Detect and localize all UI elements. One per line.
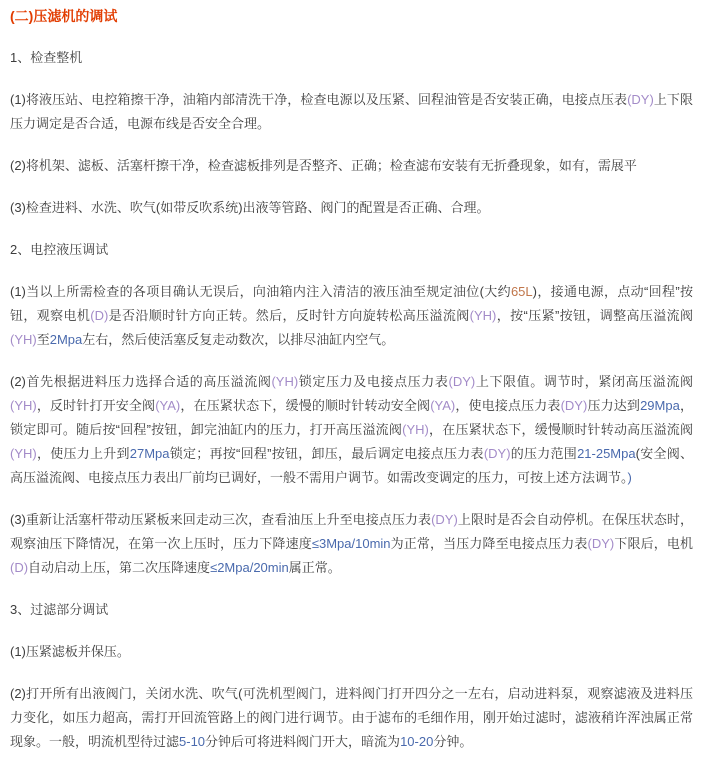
text-run: ，在压紧状态下，缓慢的顺时针转动安全阀 [180, 398, 430, 413]
document-page: (二)压滤机的调试1、检查整机(1)将液压站、电控箱擦干净，油箱内部清洗干净，检… [0, 0, 703, 778]
text-run: 下限后，电机 [614, 536, 693, 551]
highlight-value: 29Mpa [640, 398, 680, 413]
para-3-2: (2)打开所有出液阀门，关闭水洗、吹气(可洗机型阀门，进料阀门打开四分之一左右，… [10, 682, 693, 754]
text-run: (3)重新让活塞杆带动压紧板来回走动三次，查看油压上升至电接点压力表 [10, 512, 431, 527]
highlight-value: 5-10 [179, 734, 205, 749]
highlight-value: ) [628, 470, 632, 485]
highlight-code: (YH) [10, 398, 37, 413]
highlight-code: (YH) [10, 332, 37, 347]
highlight-code: (DY) [588, 536, 615, 551]
text-run: 锁定压力及电接点压力表 [298, 374, 448, 389]
section-3-heading: 3、过滤部分调试 [10, 598, 693, 622]
highlight-code: (YA) [430, 398, 455, 413]
highlight-value: ≤2Mpa/20min [210, 560, 289, 575]
highlight-code: (DY) [431, 512, 458, 527]
highlight-code: (DY) [561, 398, 588, 413]
highlight-value: ≤3Mpa/10min [312, 536, 391, 551]
highlight-code: (YH) [402, 422, 429, 437]
text-run: ，使电接点压力表 [455, 398, 560, 413]
highlight-code: (D) [10, 560, 28, 575]
text-run: 是否沿顺时针方向正转。然后，反时针方向旋转松高压溢流阀 [108, 308, 469, 323]
text-run: 属正常。 [289, 560, 341, 575]
para-2-2: (2)首先根据进料压力选择合适的高压溢流阀(YH)锁定压力及电接点压力表(DY)… [10, 370, 693, 490]
highlight-value: 21-25Mpa [577, 446, 636, 461]
text-run: 2、电控液压调试 [10, 242, 108, 257]
text-run: 分钟后可将进料阀门开大，暗流为 [205, 734, 400, 749]
text-run: 压力达到 [587, 398, 640, 413]
highlight-code: (YA) [155, 398, 180, 413]
highlight-value: 10-20 [400, 734, 433, 749]
text-run: 为正常，当压力降至电接点压力表 [391, 536, 588, 551]
text-run: ，使压力上升到 [37, 446, 130, 461]
highlight-heading: (二)压滤机的调试 [10, 8, 117, 24]
text-run: (1)将液压站、电控箱擦干净，油箱内部清洗干净，检查电源以及压紧、回程油管是否安… [10, 92, 627, 107]
text-run: 的压力范围 [511, 446, 578, 461]
highlight-volume: 65L [511, 284, 533, 299]
text-run: (1)当以上所需检查的各项目确认无误后，向油箱内注入清洁的液压油至规定油位(大约 [10, 284, 511, 299]
para-2-3: (3)重新让活塞杆带动压紧板来回走动三次，查看油压上升至电接点压力表(DY)上限… [10, 508, 693, 580]
highlight-code: (DY) [484, 446, 511, 461]
text-run: 锁定；再按“回程”按钮，卸压，最后调定电接点压力表 [170, 446, 484, 461]
section-1-heading: 1、检查整机 [10, 46, 693, 70]
page-title: (二)压滤机的调试 [10, 4, 693, 28]
highlight-code: (DY) [449, 374, 476, 389]
highlight-code: (YH) [271, 374, 298, 389]
para-1-3: (3)检查进料、水洗、吹气(如带反吹系统)出液等管路、阀门的配置是否正确、合理。 [10, 196, 693, 220]
text-run: 左右，然后使活塞反复走动数次，以排尽油缸内空气。 [82, 332, 394, 347]
highlight-code: (D) [90, 308, 108, 323]
text-run: ，反时针打开安全阀 [37, 398, 155, 413]
section-2-heading: 2、电控液压调试 [10, 238, 693, 262]
highlight-code: (DY) [627, 92, 654, 107]
para-3-1: (1)压紧滤板并保压。 [10, 640, 693, 664]
document-body: (二)压滤机的调试1、检查整机(1)将液压站、电控箱擦干净，油箱内部清洗干净，检… [10, 4, 693, 754]
text-run: 1、检查整机 [10, 50, 82, 65]
para-2-1: (1)当以上所需检查的各项目确认无误后，向油箱内注入清洁的液压油至规定油位(大约… [10, 280, 693, 352]
text-run: 分钟。 [433, 734, 472, 749]
text-run: 3、过滤部分调试 [10, 602, 108, 617]
highlight-code: (YH) [10, 446, 37, 461]
highlight-value: 27Mpa [130, 446, 170, 461]
para-1-2: (2)将机架、滤板、活塞杆擦干净，检查滤板排列是否整齐、正确；检查滤布安装有无折… [10, 154, 693, 178]
text-run: (3)检查进料、水洗、吹气(如带反吹系统)出液等管路、阀门的配置是否正确、合理。 [10, 200, 490, 215]
text-run: (2)首先根据进料压力选择合适的高压溢流阀 [10, 374, 271, 389]
text-run: 自动启动上压，第二次压降速度 [28, 560, 210, 575]
text-run: 上下限值。调节时，紧闭高压溢流阀 [475, 374, 693, 389]
text-run: ，按“压紧”按钮，调整高压溢流阀 [496, 308, 693, 323]
text-run: (2)将机架、滤板、活塞杆擦干净，检查滤板排列是否整齐、正确；检查滤布安装有无折… [10, 158, 637, 173]
para-1-1: (1)将液压站、电控箱擦干净，油箱内部清洗干净，检查电源以及压紧、回程油管是否安… [10, 88, 693, 136]
text-run: (1)压紧滤板并保压。 [10, 644, 130, 659]
highlight-code: (YH) [470, 308, 497, 323]
text-run: ，在压紧状态下，缓慢顺时针转动高压溢流阀 [429, 422, 693, 437]
text-run: 至 [37, 332, 50, 347]
highlight-value: 2Mpa [50, 332, 83, 347]
